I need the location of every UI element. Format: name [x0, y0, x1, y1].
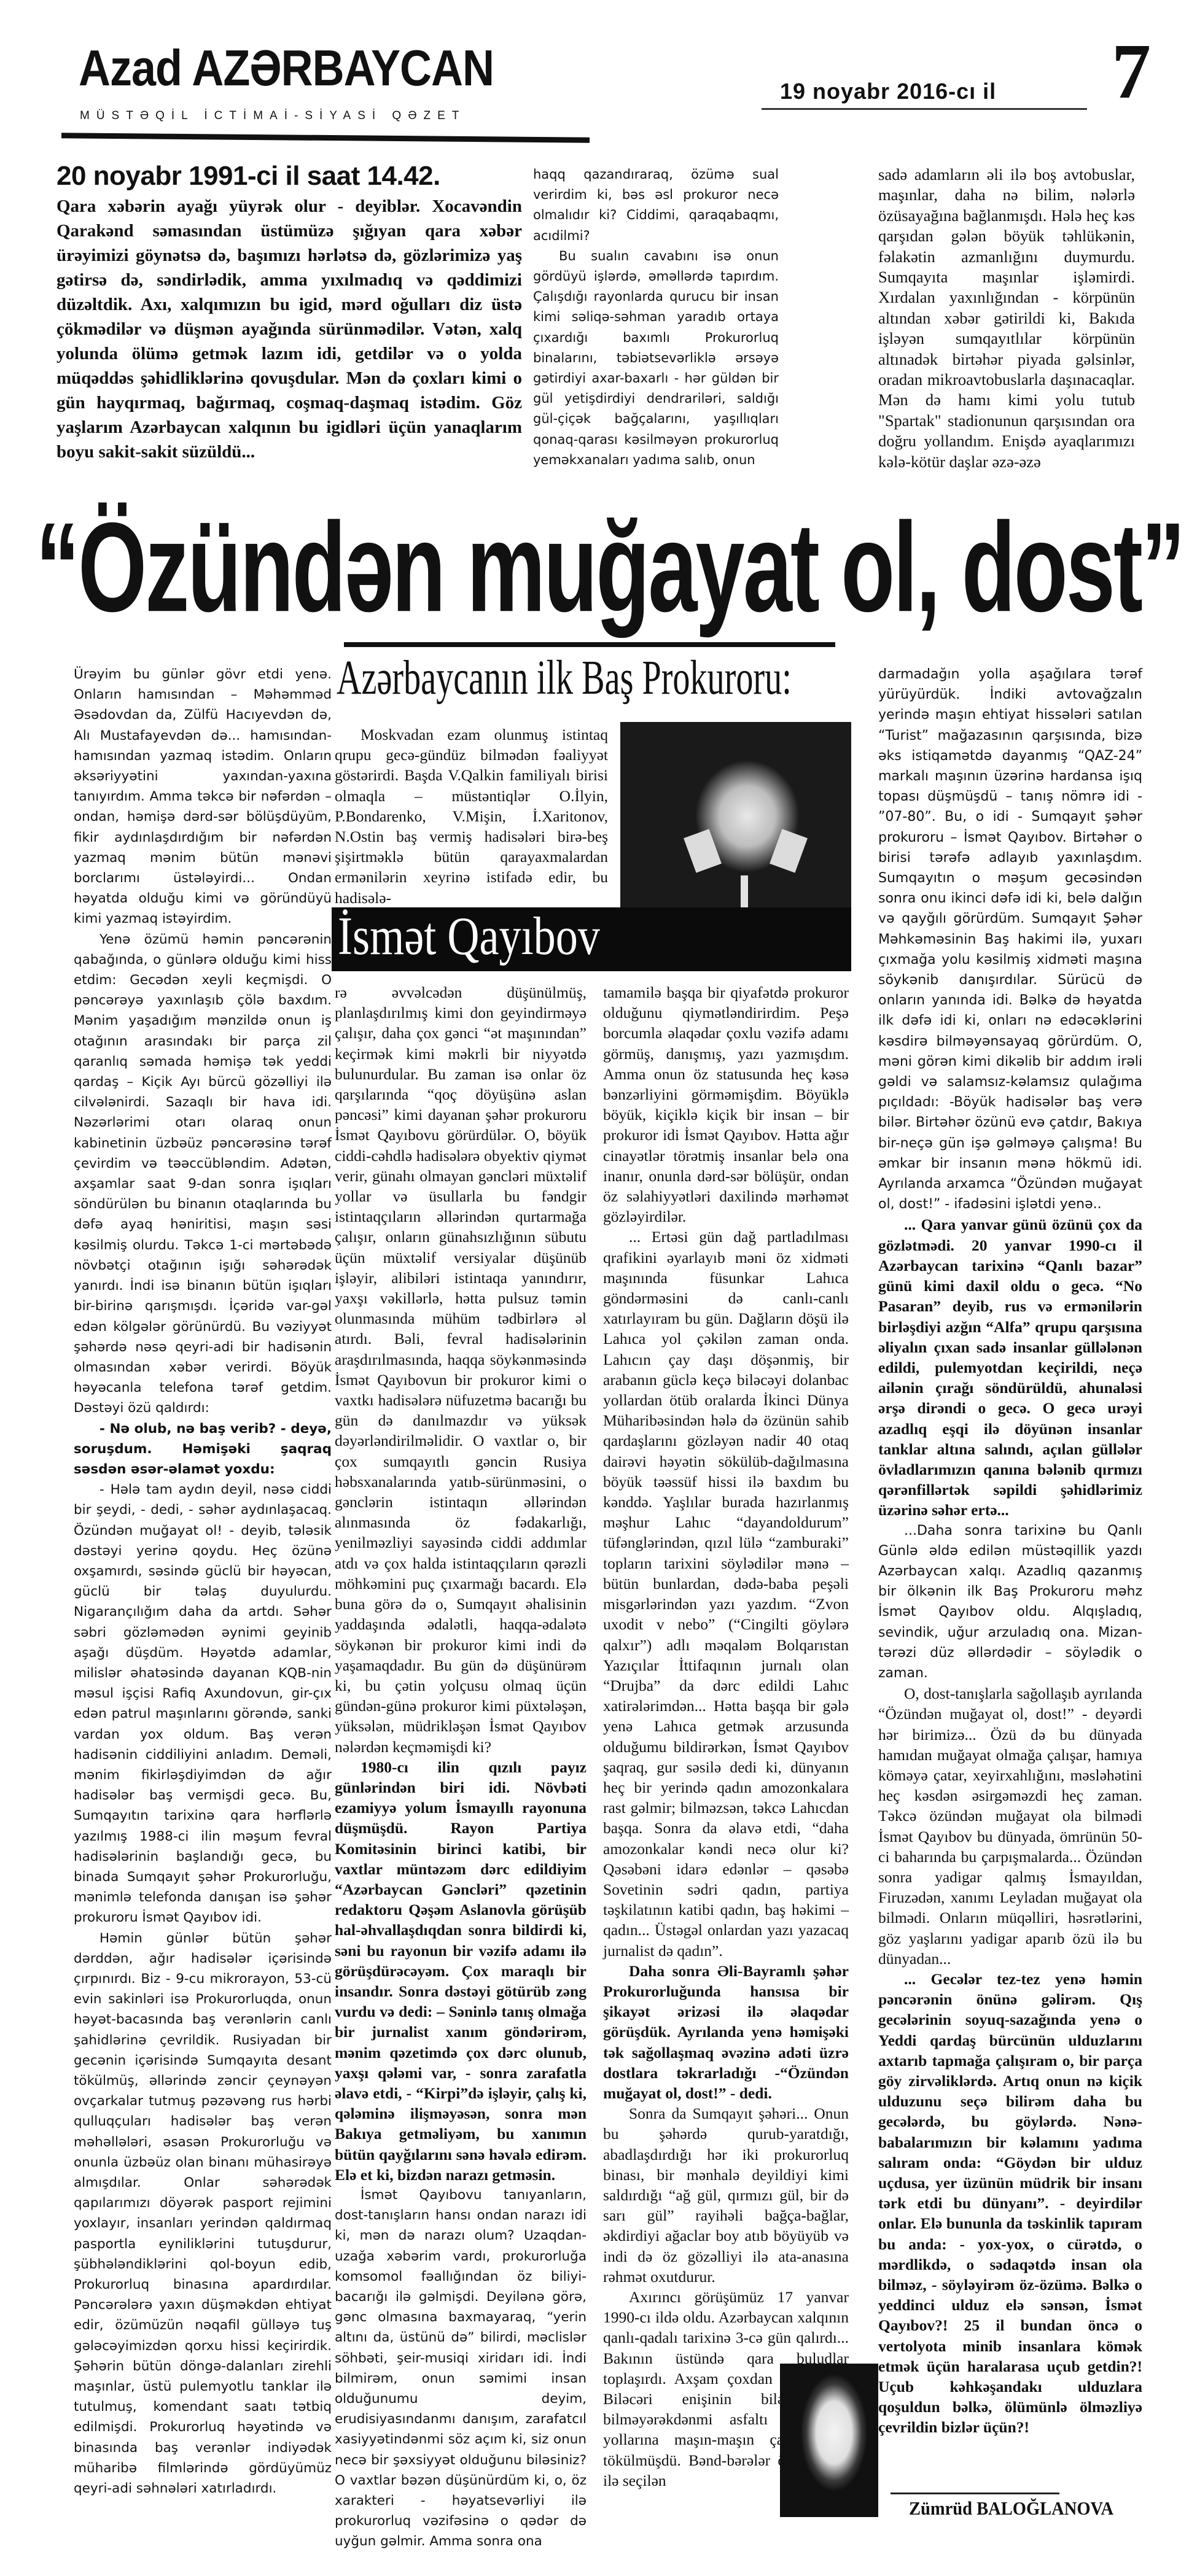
name-banner-text: İsmət Qayıbov	[338, 910, 600, 964]
paragraph: tamamilə başqa bir qiyafətdə prokuror ol…	[603, 982, 849, 1227]
paragraph: Daha sonra Əli-Bayramlı şəhər Prokurorlu…	[603, 1961, 849, 2103]
article-headline: “Özündən muğayat ol, dost”	[36, 503, 1120, 630]
masthead-rule	[61, 133, 590, 143]
paragraph: 1980-cı ilin qızılı payız günlərindən bi…	[335, 1757, 587, 2185]
portrait-photo-lower	[620, 907, 851, 971]
intro-heading: 20 noyabr 1991-ci il saat 14.42.	[57, 161, 522, 192]
paragraph: sadə adamların əli ilə boş avtobuslar, m…	[878, 165, 1135, 472]
paragraph: ... Ertəsi gün dağ partladılması qrafiki…	[603, 1227, 849, 1960]
newspaper-title: Azad AZƏRBAYCAN	[79, 39, 494, 97]
body-column-1: Ürəyim bu günlər gövr etdi yenə. Onların…	[74, 664, 332, 2499]
top-column-2: sadə adamların əli ilə boş avtobuslar, m…	[878, 165, 1135, 472]
name-banner: İsmət Qayıbov	[332, 907, 620, 971]
body-column-2-top: Moskvadan ezam olunmuş istintaq qrupu ge…	[335, 724, 608, 908]
paragraph: ... Gecələr tez-tez yenə həmin pəncərəni…	[878, 1969, 1142, 2438]
photo-detail	[684, 829, 722, 872]
paragraph: Moskvadan ezam olunmuş istintaq qrupu ge…	[335, 724, 608, 908]
paragraph: Sonra da Sumqayıt şəhəri... Onun bu şəhə…	[603, 2103, 849, 2287]
body-column-2: rə əvvəlcədən düşünülmüş, planlaşdırılmı…	[335, 982, 587, 2552]
paragraph: ... Qara yanvar günü özünü çox da gözlət…	[878, 1214, 1142, 1520]
top-column-1: haqq qazandıraraq, özümə sual verirdim k…	[533, 165, 779, 470]
intro-block: 20 noyabr 1991-ci il saat 14.42. Qara xə…	[57, 161, 522, 464]
photo-detail	[770, 829, 808, 872]
author-signature: Zümrüd BALOĞLANOVA	[909, 2497, 1113, 2520]
issue-date: 19 noyabr 2016-cı il	[780, 79, 996, 104]
paragraph: haqq qazandıraraq, özümə sual verirdim k…	[533, 165, 779, 246]
paragraph: Yenə özümü həmin pəncərənin qabağında, o…	[74, 929, 332, 1419]
paragraph: Həmin günlər bütün şəhər dərddən, ağır h…	[74, 1928, 332, 2499]
subtitle-rule	[344, 642, 835, 647]
author-portrait-photo	[780, 2364, 878, 2517]
article-subtitle: Azərbaycanın ilk Baş Prokuroru:	[337, 653, 734, 702]
body-column-4: darmadağın yolla aşağılara tərəf yürüyür…	[878, 664, 1142, 2438]
newspaper-subtitle: MÜSTƏQİL İCTİMAİ-SİYASİ QƏZET	[80, 109, 466, 123]
intro-body: Qara xəbərin ayağı yüyrək olur - deyiblə…	[57, 194, 522, 464]
paragraph: rə əvvəlcədən düşünülmüş, planlaşdırılmı…	[335, 982, 587, 1757]
date-rule	[762, 108, 1087, 110]
paragraph: darmadağın yolla aşağılara tərəf yürüyür…	[878, 664, 1142, 1214]
paragraph: O, dost-tanışlarla sağollaşıb ayrılanda …	[878, 1683, 1142, 1969]
page-number: 7	[1112, 32, 1151, 111]
paragraph: İsmət Qayıbovu tanıyanların, dost-tanışl…	[335, 2185, 587, 2552]
signature-rule	[891, 2493, 1059, 2494]
portrait-photo	[620, 722, 851, 918]
paragraph: Ürəyim bu günlər gövr etdi yenə. Onların…	[74, 664, 332, 929]
body-column-3: tamamilə başqa bir qiyafətdə prokuror ol…	[603, 982, 849, 2491]
paragraph: - Nə olub, nə baş verib? - deyə, soruşdu…	[74, 1419, 332, 1480]
paragraph: - Hələ tam aydın deyil, nəsə ciddi bir ş…	[74, 1480, 332, 1928]
paragraph: Bu sualın cavabını isə onun gördüyü işlə…	[533, 246, 779, 470]
paragraph: ...Daha sonra tarixinə bu Qanlı Günlə əl…	[878, 1521, 1142, 1684]
